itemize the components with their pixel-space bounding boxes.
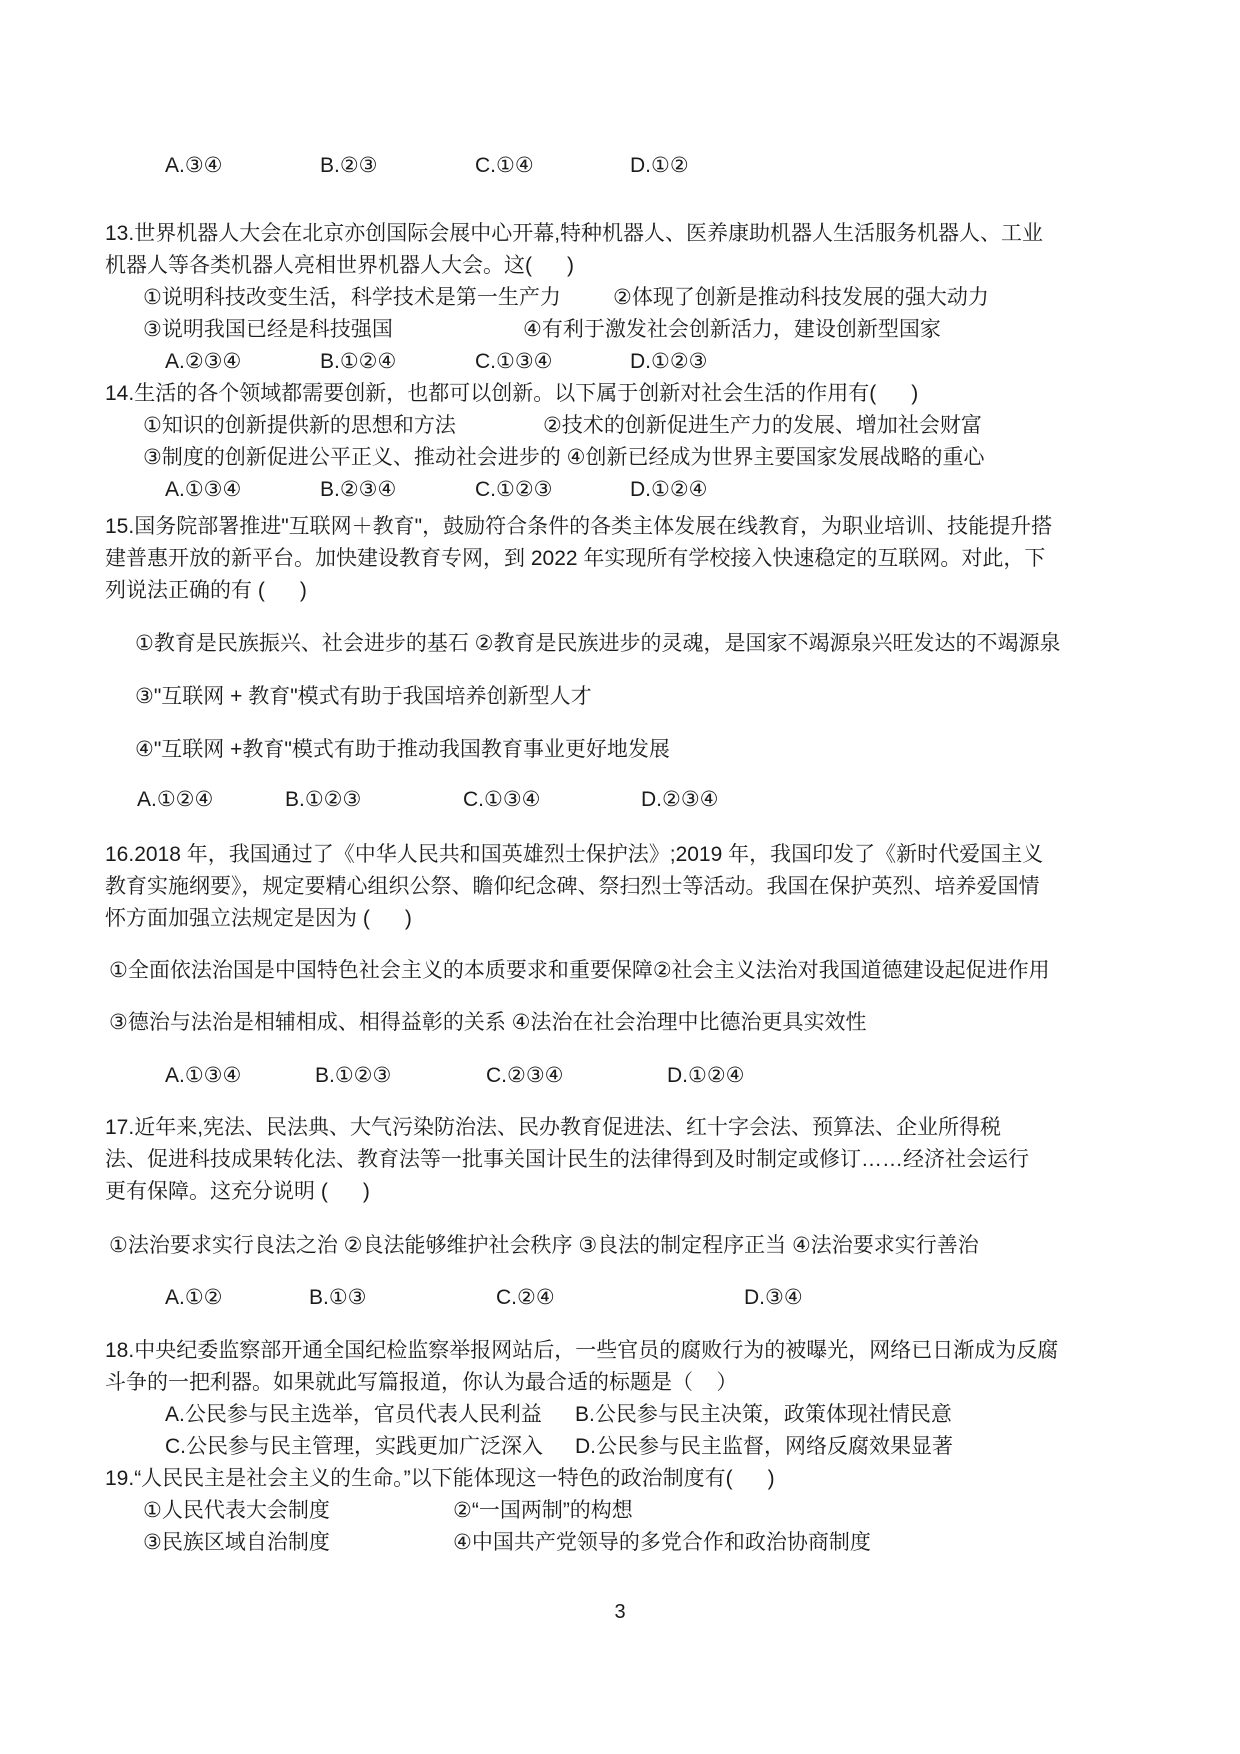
q14-option-a: A.①③④ [165,474,320,506]
q18-option-c: C.公民参与民主管理，实践更加广泛深入 [165,1431,575,1463]
question-16: 16.2018 年，我国通过了《中华人民共和国英雄烈士保护法》;2019 年，我… [105,839,1145,1092]
q18-stem-line-2: 斗争的一把利器。如果就此写篇报道，你认为最合适的标题是（ ） [105,1367,1145,1399]
q15-option-b: B.①②③ [285,784,463,816]
q14-option-b: B.②③④ [320,474,475,506]
q15-option-d: D.②③④ [641,784,718,816]
q14-subitems-3-4: ③制度的创新促进公平正义、推动社会进步的 ④创新已经成为世界主要国家发展战略的重… [105,442,1145,474]
q17-stem-line-2: 法、促进科技成果转化法、教育法等一批事关国计民生的法律得到及时制定或修订……经济… [105,1144,1145,1176]
question-15: 15.国务院部署推进"互联网＋教育"，鼓励符合条件的各类主体发展在线教育，为职业… [105,511,1145,816]
q13-option-c: C.①③④ [475,346,630,378]
q13-subitems-1-2: ①说明科技改变生活，科学技术是第一生产力 ②体现了创新是推动科技发展的强大动力 [105,282,1145,314]
q13-subitems-3-4: ③说明我国已经是科技强国 ④有利于激发社会创新活力，建设创新型国家 [105,314,1145,346]
q15-subitem-4: ④"互联网 +教育"模式有助于推动我国教育事业更好地发展 [105,734,1145,766]
q12-option-c: C.①④ [475,150,630,182]
q16-option-b: B.①②③ [315,1060,486,1092]
q16-subitems-3-4: ③德治与法治是相辅相成、相得益彰的关系 ④法治在社会治理中比德治更具实效性 [105,1007,1145,1039]
q14-stem-line-1: 14.生活的各个领域都需要创新，也都可以创新。以下属于创新对社会生活的作用有( … [105,378,1145,410]
q13-stem-line-1: 13.世界机器人大会在北京亦创国际会展中心开幕,特种机器人、医养康助机器人生活服… [105,218,1145,250]
q13-subitem-2: ②体现了创新是推动科技发展的强大动力 [613,282,989,314]
q12-option-a: A.③④ [165,150,320,182]
q17-subitems-1-4: ①法治要求实行良法之治 ②良法能够维护社会秩序 ③良法的制定程序正当 ④法治要求… [105,1230,1145,1262]
q17-stem-line-1: 17.近年来,宪法、民法典、大气污染防治法、民办教育促进法、红十字会法、预算法、… [105,1112,1145,1144]
q14-subitem-2: ②技术的创新促进生产力的发展、增加社会财富 [543,410,982,442]
q16-stem-line-1: 16.2018 年，我国通过了《中华人民共和国英雄烈士保护法》;2019 年，我… [105,839,1145,871]
q13-options-row: A.②③④ B.①②④ C.①③④ D.①②③ [105,346,1145,378]
q16-option-c: C.②③④ [486,1060,667,1092]
q12-option-b: B.②③ [320,150,475,182]
q13-option-a: A.②③④ [165,346,320,378]
q15-stem-line-1: 15.国务院部署推进"互联网＋教育"，鼓励符合条件的各类主体发展在线教育，为职业… [105,511,1145,543]
exam-page: A.③④ B.②③ C.①④ D.①② 13.世界机器人大会在北京亦创国际会展中… [0,0,1240,1754]
q12-option-d: D.①② [630,150,689,182]
q15-stem-line-2: 建普惠开放的新平台。加快建设教育专网，到 2022 年实现所有学校接入快速稳定的… [105,543,1145,575]
q15-option-a: A.①②④ [137,784,285,816]
q19-subitem-1: ①人民代表大会制度 [143,1495,453,1527]
q13-stem-line-2: 机器人等各类机器人亮相世界机器人大会。这( ) [105,250,1145,282]
q18-option-d: D.公民参与民主监督，网络反腐效果显著 [575,1431,953,1463]
q19-stem-line-1: 19.“人民民主是社会主义的生命。”以下能体现这一特色的政治制度有( ) [105,1463,1145,1495]
question-19: 19.“人民民主是社会主义的生命。”以下能体现这一特色的政治制度有( ) ①人民… [105,1463,1145,1559]
q16-option-d: D.①②④ [667,1060,744,1092]
q19-subitems-1-2: ①人民代表大会制度 ②“一国两制”的构想 [105,1495,1145,1527]
q14-options-row: A.①③④ B.②③④ C.①②③ D.①②④ [105,474,1145,506]
q13-subitem-3: ③说明我国已经是科技强国 [143,314,523,346]
q15-stem-line-3: 列说法正确的有 ( ) [105,575,1145,607]
q19-subitem-2: ②“一国两制”的构想 [453,1495,633,1527]
q19-subitem-3: ③民族区域自治制度 [143,1527,453,1559]
q17-stem-line-3: 更有保障。这充分说明 ( ) [105,1176,1145,1208]
q13-option-d: D.①②③ [630,346,707,378]
question-17: 17.近年来,宪法、民法典、大气污染防治法、民办教育促进法、红十字会法、预算法、… [105,1112,1145,1314]
q17-option-b: B.①③ [309,1282,496,1314]
q13-subitem-1: ①说明科技改变生活，科学技术是第一生产力 [143,282,613,314]
q17-option-c: C.②④ [496,1282,744,1314]
question-14: 14.生活的各个领域都需要创新，也都可以创新。以下属于创新对社会生活的作用有( … [105,378,1145,506]
q13-subitem-4: ④有利于激发社会创新活力，建设创新型国家 [523,314,941,346]
q18-stem-line-1: 18.中央纪委监察部开通全国纪检监察举报网站后，一些官员的腐败行为的被曝光，网络… [105,1335,1145,1367]
q15-option-c: C.①③④ [463,784,641,816]
question-18: 18.中央纪委监察部开通全国纪检监察举报网站后，一些官员的腐败行为的被曝光，网络… [105,1335,1145,1463]
q18-option-a: A.公民参与民主选举，官员代表人民利益 [165,1399,575,1431]
q17-options-row: A.①② B.①③ C.②④ D.③④ [105,1282,1145,1314]
q18-options-c-d: C.公民参与民主管理，实践更加广泛深入 D.公民参与民主监督，网络反腐效果显著 [105,1431,1145,1463]
q16-option-a: A.①③④ [165,1060,315,1092]
q18-option-b: B.公民参与民主决策，政策体现社情民意 [575,1399,952,1431]
q15-options-row: A.①②④ B.①②③ C.①③④ D.②③④ [105,784,1145,816]
q19-subitems-3-4: ③民族区域自治制度 ④中国共产党领导的多党合作和政治协商制度 [105,1527,1145,1559]
q16-options-row: A.①③④ B.①②③ C.②③④ D.①②④ [105,1060,1145,1092]
q14-option-c: C.①②③ [475,474,630,506]
q16-stem-line-2: 教育实施纲要》，规定要精心组织公祭、瞻仰纪念碑、祭扫烈士等活动。我国在保护英烈、… [105,871,1145,903]
exam-content: A.③④ B.②③ C.①④ D.①② 13.世界机器人大会在北京亦创国际会展中… [105,150,1145,1559]
q18-options-a-b: A.公民参与民主选举，官员代表人民利益 B.公民参与民主决策，政策体现社情民意 [105,1399,1145,1431]
q16-stem-line-3: 怀方面加强立法规定是因为 ( ) [105,903,1145,935]
q17-option-d: D.③④ [744,1282,803,1314]
q14-subitem-1: ①知识的创新提供新的思想和方法 [143,410,543,442]
q14-subitems-1-2: ①知识的创新提供新的思想和方法 ②技术的创新促进生产力的发展、增加社会财富 [105,410,1145,442]
q19-subitem-4: ④中国共产党领导的多党合作和政治协商制度 [453,1527,871,1559]
q15-subitems-1-2: ①教育是民族振兴、社会进步的基石 ②教育是民族进步的灵魂，是国家不竭源泉兴旺发达… [105,628,1145,660]
q17-option-a: A.①② [165,1282,309,1314]
q12-options-row: A.③④ B.②③ C.①④ D.①② [105,150,1145,182]
q14-option-d: D.①②④ [630,474,707,506]
question-13: 13.世界机器人大会在北京亦创国际会展中心开幕,特种机器人、医养康助机器人生活服… [105,218,1145,378]
q15-subitem-3: ③"互联网 + 教育"模式有助于我国培养创新型人才 [105,681,1145,713]
q16-subitems-1-2: ①全面依法治国是中国特色社会主义的本质要求和重要保障②社会主义法治对我国道德建设… [105,955,1145,987]
q13-option-b: B.①②④ [320,346,475,378]
page-number: 3 [0,1598,1240,1626]
